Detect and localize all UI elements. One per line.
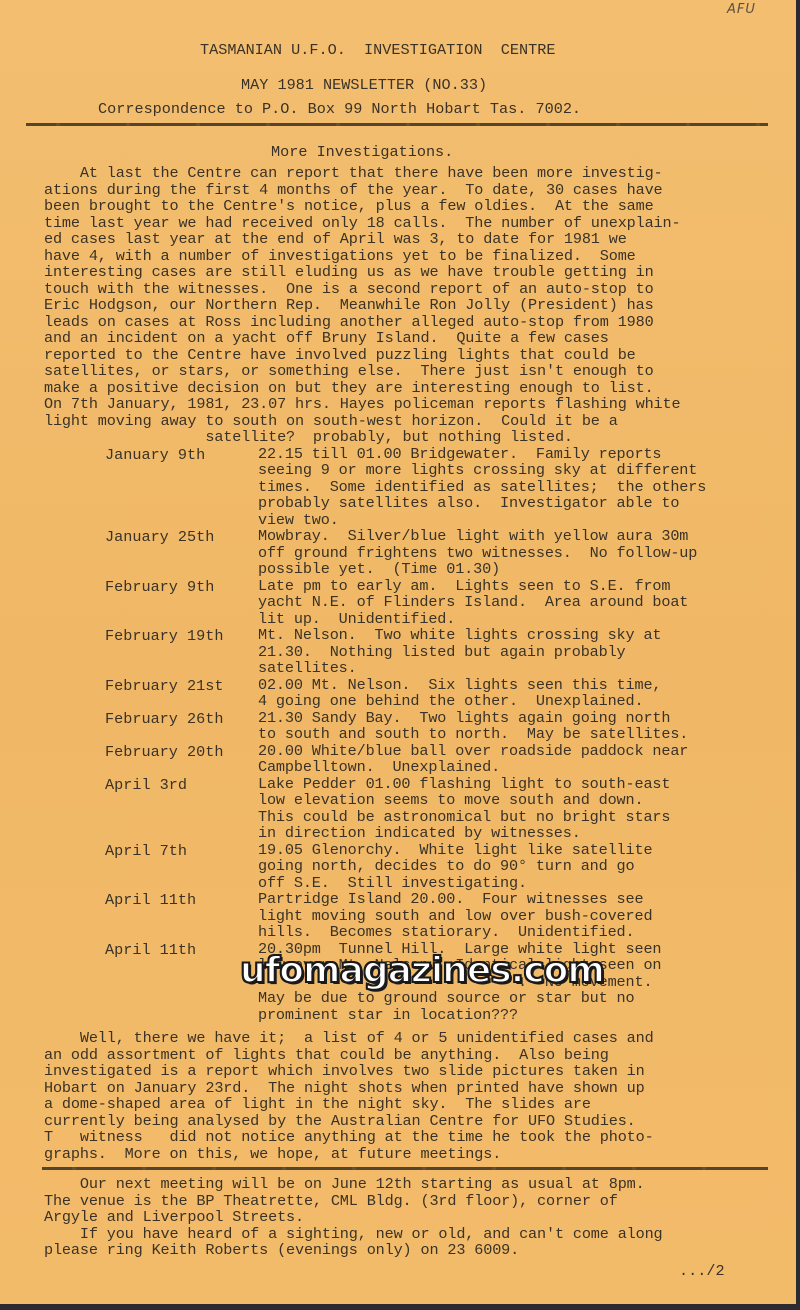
paragraph-line: graphs. More on this, we hope, at future…: [44, 1146, 501, 1163]
sighting-date: February 19th: [105, 627, 223, 645]
issue-title: MAY 1981 NEWSLETTER (NO.33): [241, 76, 487, 94]
paragraph-line: and an incident on a yacht off Bruny Isl…: [44, 330, 609, 347]
sighting-date: April 11th: [105, 941, 196, 959]
paragraph-line: ations during the first 4 months of the …: [44, 182, 663, 199]
sighting-description-line: in direction indicated by witnesses.: [258, 825, 581, 842]
paragraph-line: On 7th January, 1981, 23.07 hrs. Hayes p…: [44, 396, 680, 413]
sighting-description-line: This could be astronomical but no bright…: [258, 809, 670, 826]
org-title: TASMANIAN U.F.O. INVESTIGATION CENTRE: [200, 41, 555, 59]
sighting-date: April 7th: [105, 842, 187, 860]
paragraph-line: interesting cases are still eluding us a…: [44, 264, 654, 281]
handwritten-note: AFU: [727, 2, 756, 17]
newsletter-page: AFU TASMANIAN U.F.O. INVESTIGATION CENTR…: [0, 0, 796, 1304]
sighting-description-line: satellites.: [258, 660, 357, 677]
sighting-date: February 21st: [105, 677, 223, 695]
sighting-description-line: Mowbray. Silver/blue light with yellow a…: [258, 528, 688, 545]
paragraph-line: currently being analysed by the Australi…: [44, 1113, 636, 1130]
sighting-description-line: Campbelltown. Unexplained.: [258, 759, 500, 776]
sighting-description-line: 19.05 Glenorchy. White light like satell…: [258, 842, 652, 859]
sighting-description-line: 21.30 Sandy Bay. Two lights again going …: [258, 710, 670, 727]
section-divider: [42, 1167, 768, 1170]
sighting-description-line: May be due to ground source or star but …: [258, 990, 635, 1007]
sighting-description-line: Mt. Nelson. Two white lights crossing sk…: [258, 627, 661, 644]
sighting-description-line: 4 going one behind the other. Unexplaine…: [258, 693, 643, 710]
sighting-description-line: low elevation seems to move south and do…: [258, 792, 643, 809]
paragraph-line: touch with the witnesses. One is a secon…: [44, 281, 654, 298]
sighting-description-line: off ground frightens two witnesses. No f…: [258, 545, 697, 562]
paragraph-line: satellites, or stars, or something else.…: [44, 363, 654, 380]
paragraph-line: The venue is the BP Theatrette, CML Bldg…: [44, 1193, 618, 1210]
paragraph-line: have 4, with a number of investigations …: [44, 248, 636, 265]
watermark: ufomagazines.com: [240, 950, 604, 991]
sighting-description-line: 20.00 White/blue ball over roadside padd…: [258, 743, 688, 760]
sighting-description-line: seeing 9 or more lights crossing sky at …: [258, 462, 697, 479]
sighting-description-line: Partridge Island 20.00. Four witnesses s…: [258, 891, 643, 908]
sighting-date: February 26th: [105, 710, 223, 728]
paragraph-line: At last the Centre can report that there…: [44, 165, 663, 182]
sighting-description-line: 21.30. Nothing listed but again probably: [258, 644, 626, 661]
paragraph-line: time last year we had received only 18 c…: [44, 215, 680, 232]
paragraph-line: T witness did not notice anything at the…: [44, 1129, 654, 1146]
sighting-date: February 20th: [105, 743, 223, 761]
sighting-description-line: prominent star in location???: [258, 1007, 518, 1024]
sighting-date: April 11th: [105, 891, 196, 909]
sighting-description-line: off S.E. Still investigating.: [258, 875, 527, 892]
sighting-description-line: view two.: [258, 512, 339, 529]
paragraph-line: Our next meeting will be on June 12th st…: [44, 1176, 645, 1193]
sighting-description-line: probably satellites also. Investigator a…: [258, 495, 679, 512]
paragraph-line: Well, there we have it; a list of 4 or 5…: [44, 1030, 654, 1047]
paragraph-line: investigated is a report which involves …: [44, 1063, 645, 1080]
paragraph-line: been brought to the Centre's notice, plu…: [44, 198, 654, 215]
paragraph-line: leads on cases at Ross including another…: [44, 314, 654, 331]
correspondence-address: Correspondence to P.O. Box 99 North Hoba…: [98, 100, 581, 118]
paragraph-line: Eric Hodgson, our Northern Rep. Meanwhil…: [44, 297, 654, 314]
paragraph-line: make a positive decision on but they are…: [44, 380, 654, 397]
paragraph-line: satellite? probably, but nothing listed.: [44, 429, 573, 446]
sighting-description-line: times. Some identified as satellites; th…: [258, 479, 706, 496]
paragraph-line: Hobart on January 23rd. The night shots …: [44, 1080, 645, 1097]
sighting-description-line: to south and south to north. May be sate…: [258, 726, 688, 743]
header-divider: [26, 123, 768, 126]
paragraph-line: Argyle and Liverpool Streets.: [44, 1209, 304, 1226]
sighting-description-line: yacht N.E. of Flinders Island. Area arou…: [258, 594, 688, 611]
paragraph-line: an odd assortment of lights that could b…: [44, 1047, 609, 1064]
sighting-description-line: 02.00 Mt. Nelson. Six lights seen this t…: [258, 677, 661, 694]
page-continuation: .../2: [679, 1262, 725, 1280]
sighting-date: April 3rd: [105, 776, 187, 794]
paragraph-line: reported to the Centre have involved puz…: [44, 347, 636, 364]
paragraph-line: please ring Keith Roberts (evenings only…: [44, 1242, 519, 1259]
sighting-date: January 25th: [105, 528, 214, 546]
sighting-description-line: Late pm to early am. Lights seen to S.E.…: [258, 578, 670, 595]
sighting-date: February 9th: [105, 578, 214, 596]
paragraph-line: If you have heard of a sighting, new or …: [44, 1226, 663, 1243]
sighting-description-line: possible yet. (Time 01.30): [258, 561, 500, 578]
sighting-description-line: 22.15 till 01.00 Bridgewater. Family rep…: [258, 446, 661, 463]
sighting-description-line: going north, decides to do 90° turn and …: [258, 858, 635, 875]
section-title: More Investigations.: [271, 143, 453, 161]
paragraph-line: light moving away to south on south-west…: [44, 413, 618, 430]
paragraph-line: a dome-shaped area of light in the night…: [44, 1096, 591, 1113]
sighting-description-line: hills. Becomes statiorary. Unidentified.: [258, 924, 635, 941]
sighting-description-line: Lake Pedder 01.00 flashing light to sout…: [258, 776, 670, 793]
paragraph-line: ed cases last year at the end of April w…: [44, 231, 627, 248]
sighting-description-line: lit up. Unidentified.: [258, 611, 455, 628]
sighting-description-line: light moving south and low over bush-cov…: [258, 908, 652, 925]
sighting-date: January 9th: [105, 446, 205, 464]
